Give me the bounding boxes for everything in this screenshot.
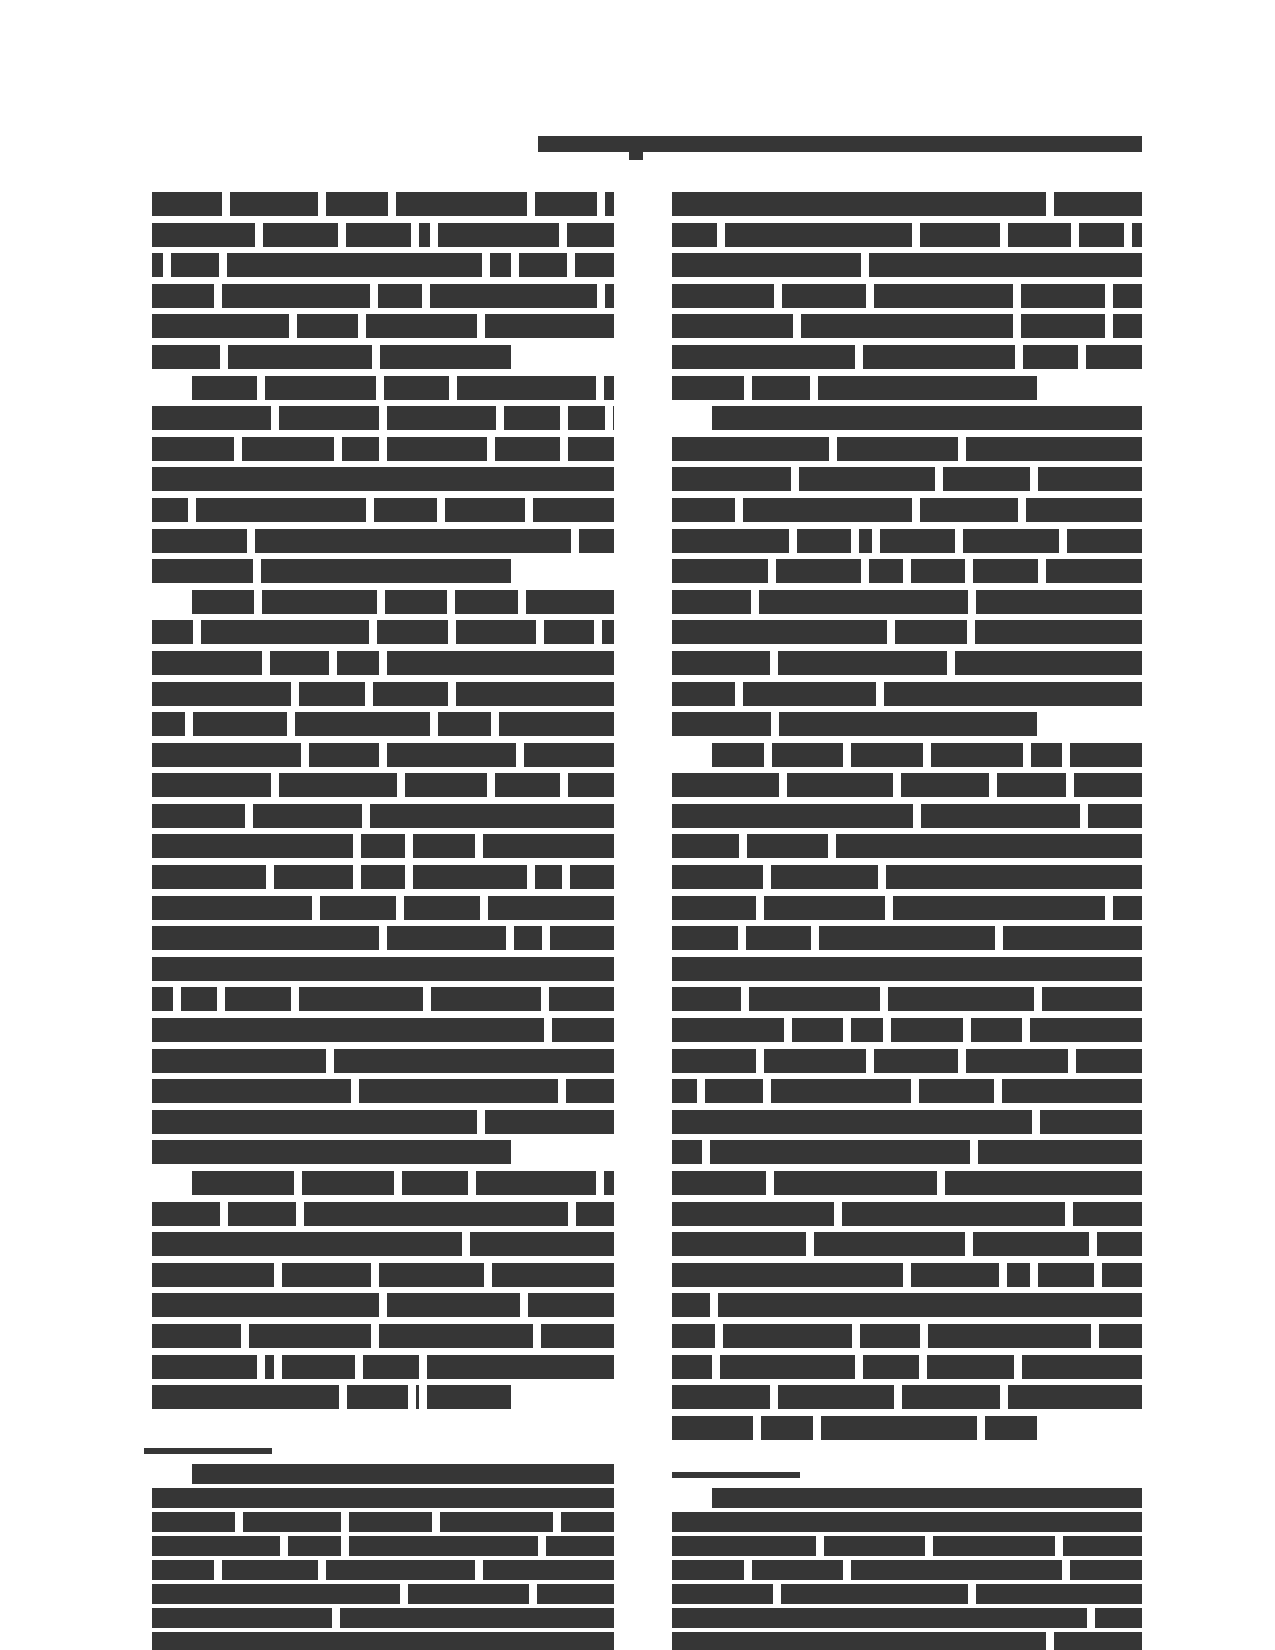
- redacted-word: [672, 865, 763, 889]
- redacted-word: [152, 284, 214, 308]
- redacted-text-line: [672, 865, 1150, 889]
- redacted-word: [710, 1140, 970, 1164]
- redacted-text-line: [672, 1171, 1150, 1195]
- redacted-text-line: [152, 1110, 622, 1134]
- redacted-text-line: [672, 1536, 1150, 1556]
- redacted-word: [1095, 1608, 1142, 1628]
- redacted-word: [824, 1536, 925, 1556]
- redacted-word: [402, 1171, 467, 1195]
- redacted-word: [1038, 467, 1142, 491]
- redacted-word: [550, 926, 614, 950]
- redacted-word: [152, 467, 614, 491]
- redacted-word: [705, 1079, 763, 1103]
- redacted-word: [152, 926, 379, 950]
- redacted-word: [567, 223, 614, 247]
- redacted-word: [242, 437, 333, 461]
- redacted-text-line: [152, 926, 622, 950]
- redacted-word: [672, 223, 717, 247]
- redacted-word: [792, 1018, 844, 1042]
- redacted-word: [672, 804, 913, 828]
- redacted-word: [320, 896, 396, 920]
- redacted-word: [720, 1355, 855, 1379]
- redacted-word: [978, 1140, 1142, 1164]
- redacted-word: [228, 345, 372, 369]
- redacted-text-line: [672, 1355, 1150, 1379]
- redacted-text-line: [152, 1293, 622, 1317]
- redacted-word: [404, 896, 480, 920]
- redacted-word: [541, 1324, 614, 1348]
- redacted-text-line: [152, 651, 622, 675]
- redacted-word: [743, 682, 877, 706]
- redacted-word: [1099, 1324, 1142, 1348]
- redacted-text-line: [152, 1536, 622, 1556]
- redacted-text-line: [672, 314, 1150, 338]
- redacted-word: [222, 1560, 318, 1580]
- redacted-word: [911, 559, 965, 583]
- redacted-word: [976, 590, 1142, 614]
- redacted-word: [152, 1018, 544, 1042]
- redacted-word: [379, 1263, 484, 1287]
- redacted-word: [378, 284, 422, 308]
- redacted-word: [342, 437, 379, 461]
- redacted-word: [1073, 1202, 1142, 1226]
- redacted-word: [943, 467, 1031, 491]
- redacted-word: [528, 1293, 614, 1317]
- redacted-text-line: [672, 1079, 1150, 1103]
- redacted-text-line: [152, 1488, 622, 1508]
- redacted-word: [672, 192, 1046, 216]
- redacted-word: [152, 314, 289, 338]
- redacted-text-line: [152, 559, 622, 583]
- redacted-word: [1113, 314, 1142, 338]
- redacted-word: [672, 1632, 1046, 1650]
- redacted-word: [821, 1416, 977, 1440]
- redacted-text-line: [152, 253, 622, 277]
- redacted-word: [895, 620, 967, 644]
- redacted-word: [672, 773, 779, 797]
- redacted-word: [196, 498, 365, 522]
- redacted-word: [340, 1608, 614, 1628]
- redacted-text-line: [152, 1512, 622, 1532]
- redacted-text-line: [152, 467, 622, 491]
- redacted-word: [672, 345, 855, 369]
- redacted-word: [920, 223, 1001, 247]
- redacted-word: [476, 1171, 596, 1195]
- redacted-word: [201, 620, 369, 644]
- redacted-text-line: [672, 1110, 1150, 1134]
- redacted-word: [152, 406, 271, 430]
- redacted-word: [152, 1110, 477, 1134]
- footnotes-right: [672, 1488, 1150, 1650]
- redacted-word: [672, 1018, 784, 1042]
- redacted-word: [888, 987, 1034, 1011]
- redacted-word: [869, 559, 903, 583]
- redacted-word: [1003, 926, 1142, 950]
- redacted-text-line: [672, 926, 1150, 950]
- redacted-word: [228, 1202, 296, 1226]
- redacted-word: [387, 926, 506, 950]
- redacted-word: [568, 437, 614, 461]
- redacted-word: [927, 1355, 1015, 1379]
- redacted-word: [495, 437, 559, 461]
- redacted-word: [427, 1355, 613, 1379]
- redacted-word: [575, 253, 614, 277]
- redacted-text-line: [152, 1385, 622, 1409]
- redacted-word: [1023, 345, 1079, 369]
- redacted-word: [1074, 773, 1142, 797]
- redacted-word: [299, 682, 365, 706]
- redacted-word: [1022, 1355, 1141, 1379]
- redacted-text-line: [672, 712, 1150, 736]
- redacted-word: [299, 987, 423, 1011]
- redacted-word: [1063, 1536, 1142, 1556]
- redacted-word: [973, 559, 1038, 583]
- redacted-word: [440, 1512, 553, 1532]
- redacted-word: [152, 865, 266, 889]
- redacted-word: [499, 712, 614, 736]
- redacted-word: [227, 253, 482, 277]
- redacted-word: [672, 1049, 756, 1073]
- redacted-word: [975, 620, 1142, 644]
- redacted-word: [279, 773, 398, 797]
- redacted-word: [485, 314, 614, 338]
- redacted-word: [387, 437, 487, 461]
- redacted-text-line: [152, 1584, 622, 1604]
- redacted-word: [438, 712, 491, 736]
- redacted-word: [152, 498, 188, 522]
- redacted-word: [326, 192, 388, 216]
- redacted-text-line: [672, 1293, 1150, 1317]
- redacted-word: [361, 865, 405, 889]
- redacted-word: [347, 1385, 408, 1409]
- redacted-word: [604, 376, 614, 400]
- redacted-word: [152, 620, 193, 644]
- redacted-word: [672, 1140, 702, 1164]
- redacted-word: [1132, 223, 1142, 247]
- redacted-word: [778, 1385, 894, 1409]
- redacted-text-line: [152, 1464, 622, 1484]
- redacted-word: [456, 682, 614, 706]
- redacted-text-line: [152, 376, 622, 400]
- redacted-text-line: [152, 1608, 622, 1628]
- redacted-word: [1008, 223, 1071, 247]
- redacted-word: [265, 376, 376, 400]
- redacted-text-line: [672, 743, 1150, 767]
- redacted-word: [438, 223, 559, 247]
- redacted-text-line: [672, 682, 1150, 706]
- redacted-text-line: [672, 1232, 1150, 1256]
- left-column: [152, 192, 622, 1416]
- redacted-word: [373, 682, 448, 706]
- redacted-word: [490, 253, 510, 277]
- redacted-word: [255, 529, 572, 553]
- redacted-word: [919, 1079, 993, 1103]
- redacted-word: [152, 1202, 220, 1226]
- redacted-word: [819, 926, 995, 950]
- redacted-word: [1007, 1263, 1031, 1287]
- redacted-word: [579, 529, 614, 553]
- redacted-word: [152, 804, 245, 828]
- redacted-word: [672, 376, 744, 400]
- redacted-word: [1070, 1560, 1142, 1580]
- redacted-word: [152, 1263, 274, 1287]
- redacted-word: [672, 834, 739, 858]
- redacted-word: [1086, 345, 1142, 369]
- redacted-word: [152, 437, 234, 461]
- redacted-word: [526, 590, 615, 614]
- redacted-word: [405, 773, 487, 797]
- redacted-word: [1097, 1232, 1142, 1256]
- redacted-word: [568, 773, 614, 797]
- redacted-word: [514, 926, 542, 950]
- redacted-word: [1008, 1385, 1142, 1409]
- redacted-word: [752, 1560, 844, 1580]
- redacted-word: [672, 1385, 770, 1409]
- redacted-word: [672, 712, 771, 736]
- redacted-word: [419, 223, 429, 247]
- redacted-text-line: [152, 1049, 622, 1073]
- redacted-word: [725, 223, 912, 247]
- redacted-word: [380, 345, 511, 369]
- redacted-word: [566, 1079, 614, 1103]
- redacted-word: [604, 1171, 614, 1195]
- redacted-word: [797, 529, 851, 553]
- redacted-word: [771, 865, 878, 889]
- redacted-word: [430, 284, 596, 308]
- redacted-text-line: [152, 1632, 622, 1650]
- redacted-word: [504, 406, 559, 430]
- redacted-word: [152, 1140, 511, 1164]
- redacted-word: [470, 1232, 614, 1256]
- running-header-descender: [629, 152, 643, 160]
- redacted-word: [568, 406, 605, 430]
- redacted-word: [544, 620, 595, 644]
- redacted-word: [718, 1293, 1142, 1317]
- redacted-word: [396, 192, 527, 216]
- redacted-word: [309, 743, 379, 767]
- redacted-word: [537, 1584, 614, 1604]
- redacted-word: [842, 1202, 1065, 1226]
- redacted-text-line: [152, 1079, 622, 1103]
- redacted-word: [672, 1293, 710, 1317]
- redacted-text-line: [152, 865, 622, 889]
- right-column: [672, 192, 1150, 1446]
- redacted-word: [874, 284, 1013, 308]
- redacted-word: [249, 1324, 371, 1348]
- redacted-word: [901, 773, 989, 797]
- redacted-word: [152, 192, 222, 216]
- redacted-word: [152, 1512, 235, 1532]
- redacted-word: [152, 529, 247, 553]
- redacted-word: [774, 1171, 937, 1195]
- redacted-word: [672, 1202, 834, 1226]
- redacted-word: [379, 1324, 533, 1348]
- redacted-word: [524, 743, 614, 767]
- redacted-text-line: [672, 498, 1150, 522]
- redacted-text-line: [672, 345, 1150, 369]
- redacted-word: [672, 284, 774, 308]
- redacted-word: [427, 1385, 511, 1409]
- redacted-word: [712, 1488, 1142, 1508]
- redacted-word: [672, 987, 741, 1011]
- redacted-text-line: [152, 223, 622, 247]
- redacted-word: [672, 1536, 816, 1556]
- redacted-text-line: [152, 682, 622, 706]
- redacted-word: [1076, 1049, 1142, 1073]
- redacted-text-line: [152, 590, 622, 614]
- redacted-word: [1046, 559, 1142, 583]
- redacted-word: [535, 192, 597, 216]
- redacted-word: [366, 314, 478, 338]
- redacted-text-line: [672, 1512, 1150, 1532]
- redacted-word: [297, 314, 357, 338]
- redacted-word: [546, 1536, 614, 1556]
- redacted-text-line: [672, 1560, 1150, 1580]
- redacted-text-line: [152, 314, 622, 338]
- redacted-word: [483, 834, 614, 858]
- redacted-word: [152, 651, 262, 675]
- redacted-word: [1102, 1263, 1142, 1287]
- redacted-word: [519, 253, 567, 277]
- redacted-word: [152, 253, 163, 277]
- redacted-word: [152, 834, 353, 858]
- running-header-redacted: [538, 136, 1142, 152]
- redacted-word: [262, 590, 377, 614]
- redacted-word: [193, 712, 287, 736]
- redacted-word: [576, 1202, 613, 1226]
- redacted-word: [931, 743, 1023, 767]
- redacted-word: [152, 1293, 379, 1317]
- redacted-word: [282, 1355, 355, 1379]
- redacted-word: [764, 896, 885, 920]
- redacted-word: [672, 1263, 903, 1287]
- redacted-word: [723, 1324, 852, 1348]
- redacted-text-line: [672, 1049, 1150, 1073]
- redacted-text-line: [672, 253, 1150, 277]
- redacted-text-line: [672, 804, 1150, 828]
- redacted-word: [152, 743, 301, 767]
- redacted-word: [966, 1049, 1068, 1073]
- redacted-word: [874, 1049, 958, 1073]
- redacted-word: [971, 1018, 1023, 1042]
- redacted-word: [712, 743, 764, 767]
- redacted-word: [672, 314, 793, 338]
- redacted-text-line: [672, 1416, 1150, 1440]
- redacted-text-line: [672, 834, 1150, 858]
- redacted-word: [431, 987, 541, 1011]
- redacted-word: [672, 1560, 744, 1580]
- redacted-word: [192, 376, 257, 400]
- redacted-word: [152, 1049, 326, 1073]
- redacted-word: [933, 1536, 1055, 1556]
- redacted-word: [776, 559, 862, 583]
- redacted-text-line: [152, 1232, 622, 1256]
- redacted-word: [814, 1232, 965, 1256]
- redacted-word: [893, 896, 1106, 920]
- redacted-text-line: [152, 1202, 622, 1226]
- redacted-word: [349, 1536, 538, 1556]
- redacted-word: [288, 1536, 341, 1556]
- redacted-word: [1113, 896, 1142, 920]
- redacted-word: [787, 773, 894, 797]
- redacted-word: [457, 376, 595, 400]
- redacted-word: [672, 590, 751, 614]
- redacted-word: [253, 804, 363, 828]
- redacted-word: [1070, 743, 1142, 767]
- redacted-word: [152, 773, 271, 797]
- redacted-word: [337, 651, 379, 675]
- redacted-text-line: [672, 284, 1150, 308]
- redacted-word: [778, 651, 947, 675]
- redacted-word: [270, 651, 329, 675]
- redacted-word: [263, 223, 338, 247]
- redacted-word: [863, 1355, 919, 1379]
- redacted-word: [1067, 529, 1142, 553]
- redacted-word: [884, 682, 1142, 706]
- redacted-word: [359, 1079, 558, 1103]
- redacted-word: [181, 987, 217, 1011]
- redacted-text-line: [672, 437, 1150, 461]
- redacted-text-line: [152, 192, 622, 216]
- redacted-word: [413, 865, 527, 889]
- redacted-word: [920, 498, 1018, 522]
- redacted-word: [304, 1202, 569, 1226]
- redacted-word: [911, 1263, 999, 1287]
- redacted-word: [1021, 314, 1105, 338]
- redacted-word: [152, 1632, 614, 1650]
- redacted-word: [1088, 804, 1142, 828]
- redacted-word: [851, 1018, 883, 1042]
- redacted-word: [152, 1536, 280, 1556]
- redacted-word: [672, 896, 756, 920]
- redacted-word: [746, 926, 812, 950]
- redacted-word: [764, 1049, 866, 1073]
- redacted-word: [966, 437, 1142, 461]
- redacted-word: [613, 406, 614, 430]
- redacted-word: [672, 1608, 1087, 1628]
- redacted-word: [747, 834, 829, 858]
- redacted-text-line: [152, 1171, 622, 1195]
- redacted-text-line: [672, 406, 1150, 430]
- redacted-text-line: [152, 743, 622, 767]
- redacted-word: [334, 1049, 614, 1073]
- redacted-word: [456, 620, 536, 644]
- redacted-word: [672, 651, 770, 675]
- redacted-word: [976, 1584, 1142, 1604]
- redacted-text-line: [672, 651, 1150, 675]
- redacted-text-line: [672, 223, 1150, 247]
- redacted-word: [302, 1171, 395, 1195]
- redacted-word: [570, 865, 614, 889]
- redacted-word: [781, 1584, 969, 1604]
- redacted-word: [192, 1464, 614, 1484]
- redacted-word: [274, 865, 353, 889]
- redacted-text-line: [672, 773, 1150, 797]
- redacted-text-line: [672, 467, 1150, 491]
- redacted-word: [326, 1560, 475, 1580]
- redacted-word: [1038, 1263, 1094, 1287]
- redacted-word: [837, 437, 958, 461]
- redacted-word: [387, 1293, 520, 1317]
- redacted-word: [672, 1232, 806, 1256]
- redacted-word: [1113, 284, 1142, 308]
- redacted-word: [552, 1018, 614, 1042]
- redacted-word: [152, 1385, 339, 1409]
- redacted-word: [152, 1488, 614, 1508]
- redacted-text-line: [152, 406, 622, 430]
- redacted-text-line: [672, 376, 1150, 400]
- redacted-word: [363, 1355, 420, 1379]
